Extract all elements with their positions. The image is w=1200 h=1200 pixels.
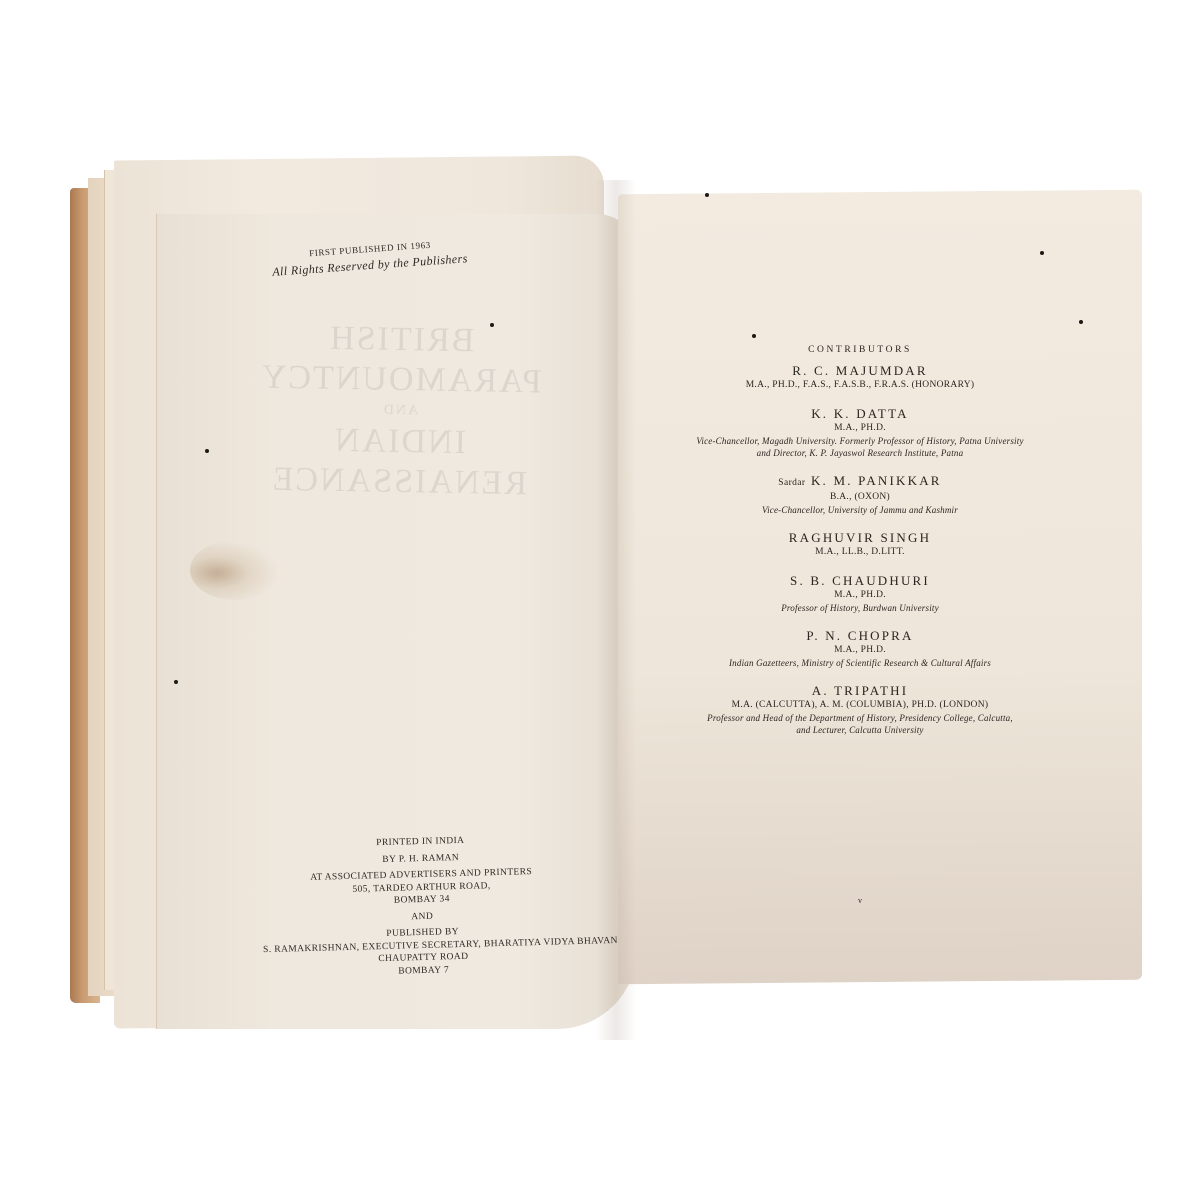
open-book: BRITISH PARAMOUNTCY AND INDIAN RENAISSAN… bbox=[0, 0, 1200, 1200]
speck bbox=[705, 193, 709, 197]
contributor-degrees: M.A., LL.B., D.LITT. bbox=[650, 546, 1070, 559]
speck bbox=[1079, 320, 1083, 324]
speck bbox=[752, 334, 756, 338]
contributor-role: and Director, K. P. Jayaswol Research In… bbox=[650, 447, 1070, 459]
bleed-line: INDIAN RENAISSANCE bbox=[208, 419, 589, 506]
contributor-entry: K. K. DATTA M.A., PH.D. Vice-Chancellor,… bbox=[650, 406, 1070, 459]
contributor-name: P. N. CHOPRA bbox=[650, 628, 1070, 644]
contributor-role: Vice-Chancellor, University of Jammu and… bbox=[650, 504, 1070, 516]
book-gutter bbox=[596, 180, 636, 1040]
contributor-role: Vice-Chancellor, Magadh University. Form… bbox=[650, 435, 1070, 447]
contributor-name: K. K. DATTA bbox=[650, 406, 1070, 422]
printer-imprint: PRINTED IN INDIA BY P. H. RAMAN AT ASSOC… bbox=[260, 832, 584, 981]
contributor-role: Professor of History, Burdwan University bbox=[650, 602, 1070, 614]
contributor-entry: R. C. MAJUMDAR M.A., PH.D., F.A.S., F.A.… bbox=[650, 363, 1070, 392]
contributor-entry: Sardar K. M. PANIKKAR B.A., (OXON) Vice-… bbox=[650, 473, 1070, 516]
contributor-entry: S. B. CHAUDHURI M.A., PH.D. Professor of… bbox=[650, 573, 1070, 614]
contributor-role: and Lecturer, Calcutta University bbox=[650, 724, 1070, 736]
contributor-prefix: Sardar bbox=[778, 478, 805, 488]
contributor-role: Professor and Head of the Department of … bbox=[650, 712, 1070, 724]
speck bbox=[174, 680, 178, 684]
bleed-line: BRITISH PARAMOUNTCY bbox=[210, 317, 591, 404]
contributor-name: Sardar K. M. PANIKKAR bbox=[650, 473, 1070, 491]
contributor-name: R. C. MAJUMDAR bbox=[650, 363, 1070, 379]
contributor-degrees: M.A., PH.D., F.A.S., F.A.S.B., F.R.A.S. … bbox=[650, 379, 1070, 392]
contributor-entry: P. N. CHOPRA M.A., PH.D. Indian Gazettee… bbox=[650, 628, 1070, 669]
contributor-degrees: M.A., PH.D. bbox=[650, 422, 1070, 435]
contributor-name-text: K. M. PANIKKAR bbox=[811, 473, 942, 488]
contributor-degrees: M.A., PH.D. bbox=[650, 589, 1070, 602]
page-stain bbox=[190, 540, 280, 600]
contributors-section: CONTRIBUTORS R. C. MAJUMDAR M.A., PH.D.,… bbox=[650, 345, 1070, 750]
contributor-degrees: M.A. (CALCUTTA), A. M. (COLUMBIA), PH.D.… bbox=[650, 699, 1070, 712]
contributor-name: S. B. CHAUDHURI bbox=[650, 573, 1070, 589]
speck bbox=[1040, 251, 1044, 255]
contributors-heading: CONTRIBUTORS bbox=[650, 345, 1070, 355]
contributor-name: RAGHUVIR SINGH bbox=[650, 530, 1070, 546]
contributor-role: Indian Gazetteers, Ministry of Scientifi… bbox=[650, 657, 1070, 669]
contributor-degrees: M.A., PH.D. bbox=[650, 644, 1070, 657]
contributor-name: A. TRIPATHI bbox=[650, 683, 1070, 699]
contributor-entry: RAGHUVIR SINGH M.A., LL.B., D.LITT. bbox=[650, 530, 1070, 559]
contributor-degrees: B.A., (OXON) bbox=[650, 491, 1070, 504]
page-number: v bbox=[858, 896, 862, 905]
contributor-entry: A. TRIPATHI M.A. (CALCUTTA), A. M. (COLU… bbox=[650, 683, 1070, 736]
bleed-through-title: BRITISH PARAMOUNTCY AND INDIAN RENAISSAN… bbox=[208, 317, 591, 506]
